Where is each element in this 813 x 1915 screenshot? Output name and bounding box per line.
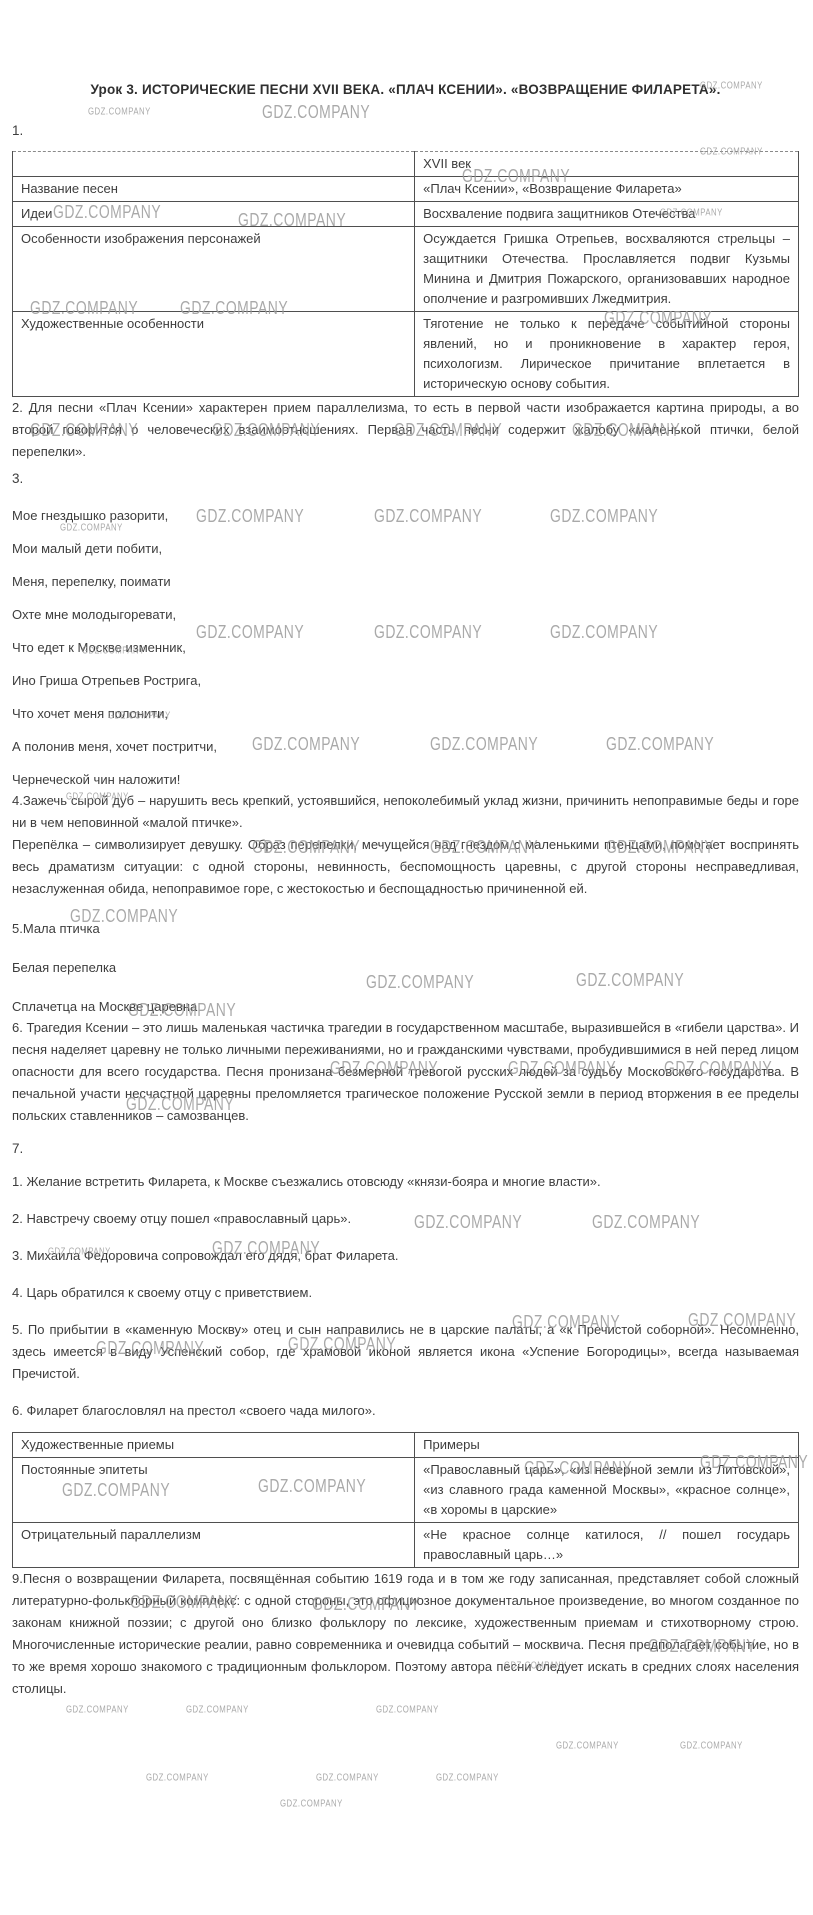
list-item: 1. Желание встретить Филарета, к Москве … xyxy=(12,1171,799,1193)
poem-line: Что хочет меня полонити, xyxy=(12,704,799,724)
section-1-label: 1. xyxy=(12,123,799,138)
table-cell-value: «Плач Ксении», «Возвращение Филарета» xyxy=(415,177,799,202)
poem-line: Ино Гриша Отрепьев Рострига, xyxy=(12,671,799,691)
watermark: GDZ.COMPANY xyxy=(280,1798,343,1810)
paragraph-ksenia-tragedy: 6. Трагедия Ксении – это лишь маленькая … xyxy=(12,1017,799,1127)
table-header-devices: Художественные приемы xyxy=(13,1433,415,1458)
poem-line: Что едет к Москве изменник, xyxy=(12,638,799,658)
list-item: 6. Филарет благословлял на престол «свое… xyxy=(12,1400,799,1422)
document-page: GDZ.COMPANYGDZ.COMPANYGDZ.COMPANYGDZ.COM… xyxy=(0,0,813,1915)
table-cell-label xyxy=(13,152,415,177)
table-cell-label: Постоянные эпитеты xyxy=(13,1458,415,1523)
table-cell-value: «Православный царь», «из неверной земли … xyxy=(415,1458,799,1523)
list-item: 5. По прибытии в «каменную Москву» отец … xyxy=(12,1319,799,1385)
quote-line: 5.Мала птичка xyxy=(12,919,799,939)
table-cell-value: Тяготение не только к передаче событийно… xyxy=(415,312,799,397)
list-item: 4. Царь обратился к своему отцу с привет… xyxy=(12,1282,799,1304)
table-cell-label: Отрицательный параллелизм xyxy=(13,1523,415,1568)
table-cell-value: «Не красное солнце катилося, // пошел го… xyxy=(415,1523,799,1568)
table-row: Название песен «Плач Ксении», «Возвращен… xyxy=(13,177,799,202)
paragraph-parallelism: 2. Для песни «Плач Ксении» характерен пр… xyxy=(12,397,799,463)
poem-line: Меня, перепелку, поимати xyxy=(12,572,799,592)
paragraph-quail-symbol: Перепёлка – символизирует девушку. Образ… xyxy=(12,834,799,900)
table-row: Художественные особенности Тяготение не … xyxy=(13,312,799,397)
watermark: GDZ.COMPANY xyxy=(376,1704,439,1716)
table-row: Особенности изображения персонажей Осужд… xyxy=(13,227,799,312)
table-cell-label: Идеи xyxy=(13,202,415,227)
section-7-label: 7. xyxy=(12,1141,799,1156)
quote-line: Белая перепелка xyxy=(12,958,799,978)
lament-poem: Мое гнездышко разорити, Мои малый дети п… xyxy=(12,506,799,790)
poem-line: Мое гнездышко разорити, xyxy=(12,506,799,526)
page-title: Урок 3. ИСТОРИЧЕСКИЕ ПЕСНИ XVII ВЕКА. «П… xyxy=(12,0,799,97)
document-content: Урок 3. ИСТОРИЧЕСКИЕ ПЕСНИ XVII ВЕКА. «П… xyxy=(0,0,813,1700)
poem-line: Мои малый дети побити, xyxy=(12,539,799,559)
table-row: Отрицательный параллелизм «Не красное со… xyxy=(13,1523,799,1568)
table-cell-label: Художественные особенности xyxy=(13,312,415,397)
table-cell-label: Особенности изображения персонажей xyxy=(13,227,415,312)
table-header-row: Художественные приемы Примеры xyxy=(13,1433,799,1458)
table-row: Постоянные эпитеты «Православный царь», … xyxy=(13,1458,799,1523)
table-row: XVII век xyxy=(13,152,799,177)
table-header-examples: Примеры xyxy=(415,1433,799,1458)
quote-line: Сплачетца на Москве царевна xyxy=(12,997,799,1017)
table-row: Идеи Восхваление подвига защитников Отеч… xyxy=(13,202,799,227)
watermark: GDZ.COMPANY xyxy=(680,1740,743,1752)
watermark: GDZ.COMPANY xyxy=(316,1772,379,1784)
poem-line: А полонив меня, хочет постритчи, xyxy=(12,737,799,757)
poem-line: Охте мне молодыгоревати, xyxy=(12,605,799,625)
table-cell-value: Восхваление подвига защитников Отечества xyxy=(415,202,799,227)
watermark: GDZ.COMPANY xyxy=(66,1704,129,1716)
watermark: GDZ.COMPANY xyxy=(556,1740,619,1752)
watermark: GDZ.COMPANY xyxy=(436,1772,499,1784)
paragraph-damp-oak: 4.Зажечь сырой дуб – нарушить весь крепк… xyxy=(12,790,799,834)
table-cell-label: Название песен xyxy=(13,177,415,202)
table-cell-value: Осуждается Гришка Отрепьев, восхваляются… xyxy=(415,227,799,312)
watermark: GDZ.COMPANY xyxy=(146,1772,209,1784)
section-3-label: 3. xyxy=(12,471,799,486)
section-5-lines: 5.Мала птичка Белая перепелка Сплачетца … xyxy=(12,919,799,1017)
list-item: 3. Михаила Федоровича сопровождал его дя… xyxy=(12,1245,799,1267)
list-item: 2. Навстречу своему отцу пошел «правосла… xyxy=(12,1208,799,1230)
poem-line: Чернеческой чин наложити! xyxy=(12,770,799,790)
paragraph-filaret-song: 9.Песня о возвращении Филарета, посвящён… xyxy=(12,1568,799,1700)
artistic-devices-table: Художественные приемы Примеры Постоянные… xyxy=(12,1432,799,1568)
section-7-items: 1. Желание встретить Филарета, к Москве … xyxy=(12,1171,799,1422)
table-cell-value: XVII век xyxy=(415,152,799,177)
song-analysis-table: XVII век Название песен «Плач Ксении», «… xyxy=(12,151,799,397)
watermark: GDZ.COMPANY xyxy=(186,1704,249,1716)
